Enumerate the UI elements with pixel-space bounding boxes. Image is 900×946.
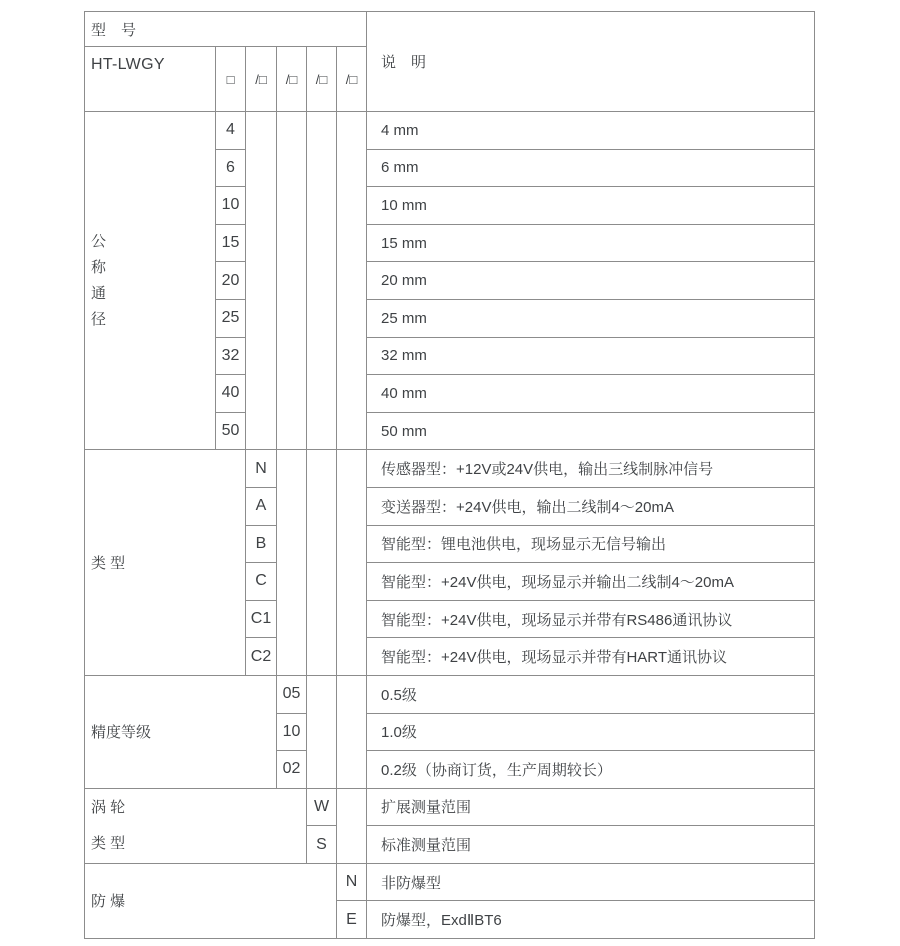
- page: 型 号 说 明 HT-LWGY □ /□ /□ /□ /□ 公称通径 4 4 m…: [0, 0, 900, 946]
- code-cell: A: [246, 487, 277, 525]
- section-label-explosion-proof: 防 爆: [85, 863, 337, 938]
- code-cell: E: [337, 901, 367, 939]
- desc-cell: 智能型：+24V供电，现场显示并带有RS486通讯协议: [367, 600, 815, 638]
- model-label-cell: 型 号: [85, 12, 367, 47]
- empty-cell: [307, 675, 337, 788]
- desc-cell: 6 mm: [367, 149, 815, 187]
- desc-cell: 50 mm: [367, 412, 815, 450]
- empty-cell: [277, 112, 307, 450]
- placeholder-cell-4: /□: [307, 47, 337, 112]
- code-cell: 02: [277, 751, 307, 789]
- desc-cell: 1.0级: [367, 713, 815, 751]
- code-cell: C: [246, 563, 277, 601]
- placeholder-cell-1: □: [216, 47, 246, 112]
- desc-cell: 扩展测量范围: [367, 788, 815, 826]
- desc-cell: 智能型：+24V供电，现场显示并输出二线制4～20mA: [367, 563, 815, 601]
- code-cell: 10: [277, 713, 307, 751]
- code-cell: 05: [277, 675, 307, 713]
- code-cell: 50: [216, 412, 246, 450]
- desc-cell: 非防爆型: [367, 863, 815, 901]
- desc-cell: 变送器型：+24V供电，输出二线制4～20mA: [367, 487, 815, 525]
- section-label-line-1: 涡 轮: [91, 790, 306, 826]
- empty-cell: [307, 450, 337, 676]
- desc-cell: 标准测量范围: [367, 826, 815, 864]
- desc-cell: 10 mm: [367, 187, 815, 225]
- desc-cell: 20 mm: [367, 262, 815, 300]
- section-label-turbine-type: 涡 轮 类 型: [85, 788, 307, 863]
- table-row: 类 型 N 传感器型：+12V或24V供电，输出三线制脉冲信号: [85, 450, 815, 488]
- code-cell: 10: [216, 187, 246, 225]
- table-row: 涡 轮 类 型 W 扩展测量范围: [85, 788, 815, 826]
- empty-cell: [307, 112, 337, 450]
- empty-cell: [246, 112, 277, 450]
- empty-cell: [277, 450, 307, 676]
- model-code-cell: HT-LWGY: [85, 47, 216, 112]
- code-cell: 20: [216, 262, 246, 300]
- code-cell: N: [246, 450, 277, 488]
- placeholder-cell-5: /□: [337, 47, 367, 112]
- section-label-accuracy: 精度等级: [85, 675, 277, 788]
- code-cell: B: [246, 525, 277, 563]
- code-cell: 25: [216, 299, 246, 337]
- section-label-nominal-diameter: 公称通径: [85, 112, 216, 450]
- code-cell: C2: [246, 638, 277, 676]
- desc-cell: 40 mm: [367, 375, 815, 413]
- desc-cell: 传感器型：+12V或24V供电，输出三线制脉冲信号: [367, 450, 815, 488]
- desc-cell: 32 mm: [367, 337, 815, 375]
- desc-cell: 0.5级: [367, 675, 815, 713]
- empty-cell: [337, 450, 367, 676]
- code-cell: 4: [216, 112, 246, 150]
- code-cell: C1: [246, 600, 277, 638]
- description-label-cell: 说 明: [367, 12, 815, 112]
- section-label-type: 类 型: [85, 450, 246, 676]
- empty-cell: [337, 788, 367, 863]
- table-row: 公称通径 4 4 mm: [85, 112, 815, 150]
- placeholder-cell-2: /□: [246, 47, 277, 112]
- model-selection-table: 型 号 说 明 HT-LWGY □ /□ /□ /□ /□ 公称通径 4 4 m…: [84, 11, 815, 939]
- desc-cell: 0.2级（协商订货，生产周期较长）: [367, 751, 815, 789]
- code-cell: 6: [216, 149, 246, 187]
- desc-cell: 4 mm: [367, 112, 815, 150]
- section-label-line-2: 类 型: [91, 826, 306, 862]
- table-row: 精度等级 05 0.5级: [85, 675, 815, 713]
- header-row-model: 型 号 说 明: [85, 12, 815, 47]
- desc-cell: 15 mm: [367, 224, 815, 262]
- empty-cell: [337, 112, 367, 450]
- code-cell: 40: [216, 375, 246, 413]
- code-cell: S: [307, 826, 337, 864]
- code-cell: 15: [216, 224, 246, 262]
- empty-cell: [337, 675, 367, 788]
- section-label-text: 公称通径: [91, 229, 108, 333]
- desc-cell: 防爆型，ExdⅡBT6: [367, 901, 815, 939]
- table-row: 防 爆 N 非防爆型: [85, 863, 815, 901]
- code-cell: W: [307, 788, 337, 826]
- desc-cell: 智能型：+24V供电，现场显示并带有HART通讯协议: [367, 638, 815, 676]
- placeholder-cell-3: /□: [277, 47, 307, 112]
- code-cell: N: [337, 863, 367, 901]
- code-cell: 32: [216, 337, 246, 375]
- desc-cell: 25 mm: [367, 299, 815, 337]
- desc-cell: 智能型：锂电池供电，现场显示无信号输出: [367, 525, 815, 563]
